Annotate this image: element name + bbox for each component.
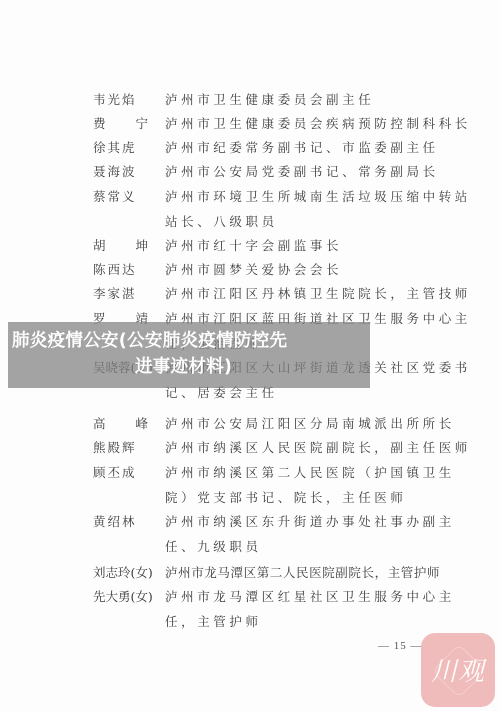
- person-title: 泸州市红十字会副监事长: [165, 236, 342, 256]
- person-title: 泸州市纳溪区第二人民医院（护国镇卫生: [165, 463, 455, 483]
- person-name: 先大勇(女): [93, 587, 165, 607]
- person-name: 李家湛: [93, 284, 165, 304]
- person-name: 费 宁: [93, 114, 165, 134]
- person-title: 泸州市纪委常务副书记、市监委副主任: [165, 138, 439, 158]
- title-continuation: 院）党支部书记、院长，主任医师: [165, 488, 407, 508]
- title-continuation: 任、九级职员: [165, 537, 262, 557]
- overlay-title: 肺炎疫情公安(公安肺炎疫情防控先 进事迹材料): [8, 322, 370, 380]
- person-title: 泸州市纳溪区人民医院副院长，副主任医师: [165, 438, 471, 458]
- person-title: 泸州市圆梦关爱协会会长: [165, 260, 342, 280]
- person-title: 泸州市环境卫生所城南生活垃圾压缩中转站: [165, 187, 471, 207]
- person-name: 韦光焰: [93, 90, 165, 110]
- person-title: 泸州市卫生健康委员会副主任: [165, 90, 374, 110]
- person-title: 泸州市公安局党委副书记、常务副局长: [165, 162, 439, 182]
- person-name: 陈西达: [93, 260, 165, 280]
- person-name: 徐其虎: [93, 138, 165, 158]
- overlay-title-line1: 肺炎疫情公安(公安肺炎疫情防控先: [8, 328, 370, 354]
- person-name: 胡 坤: [93, 236, 165, 256]
- overlay-title-line2: 进事迹材料): [8, 354, 370, 380]
- person-title: 泸州市公安局江阳区分局南城派出所所长: [165, 414, 455, 434]
- person-title: 泸州市龙马潭区第二人民医院副院长，主管护师: [165, 563, 440, 583]
- person-name: 刘志玲(女): [93, 563, 165, 583]
- person-title: 泸州市纳溪区东升街道办事处社事办副主: [165, 512, 455, 532]
- page-number: — 15 —: [378, 640, 423, 652]
- watermark-logo: 川观: [421, 633, 495, 707]
- person-title: 泸州市龙马潭区红星社区卫生服务中心主: [165, 587, 455, 607]
- person-title: 泸州市卫生健康委员会疾病预防控制科科长: [165, 114, 471, 134]
- person-name: 熊殿辉: [93, 438, 165, 458]
- title-overlay: 肺炎疫情公安(公安肺炎疫情防控先 进事迹材料): [8, 322, 370, 388]
- person-name: 聂海波: [93, 162, 165, 182]
- person-title: 泸州市江阳区丹林镇卫生院院长，主管技师: [165, 284, 471, 304]
- person-name: 蔡常义: [93, 187, 165, 207]
- logo-text: 川观: [421, 651, 495, 688]
- person-name: 高 峰: [93, 414, 165, 434]
- person-name: 黄绍林: [93, 512, 165, 532]
- person-name: 顾丕成: [93, 463, 165, 483]
- title-continuation: 任，主管护师: [165, 612, 262, 632]
- title-continuation: 站长、八级职员: [165, 212, 278, 232]
